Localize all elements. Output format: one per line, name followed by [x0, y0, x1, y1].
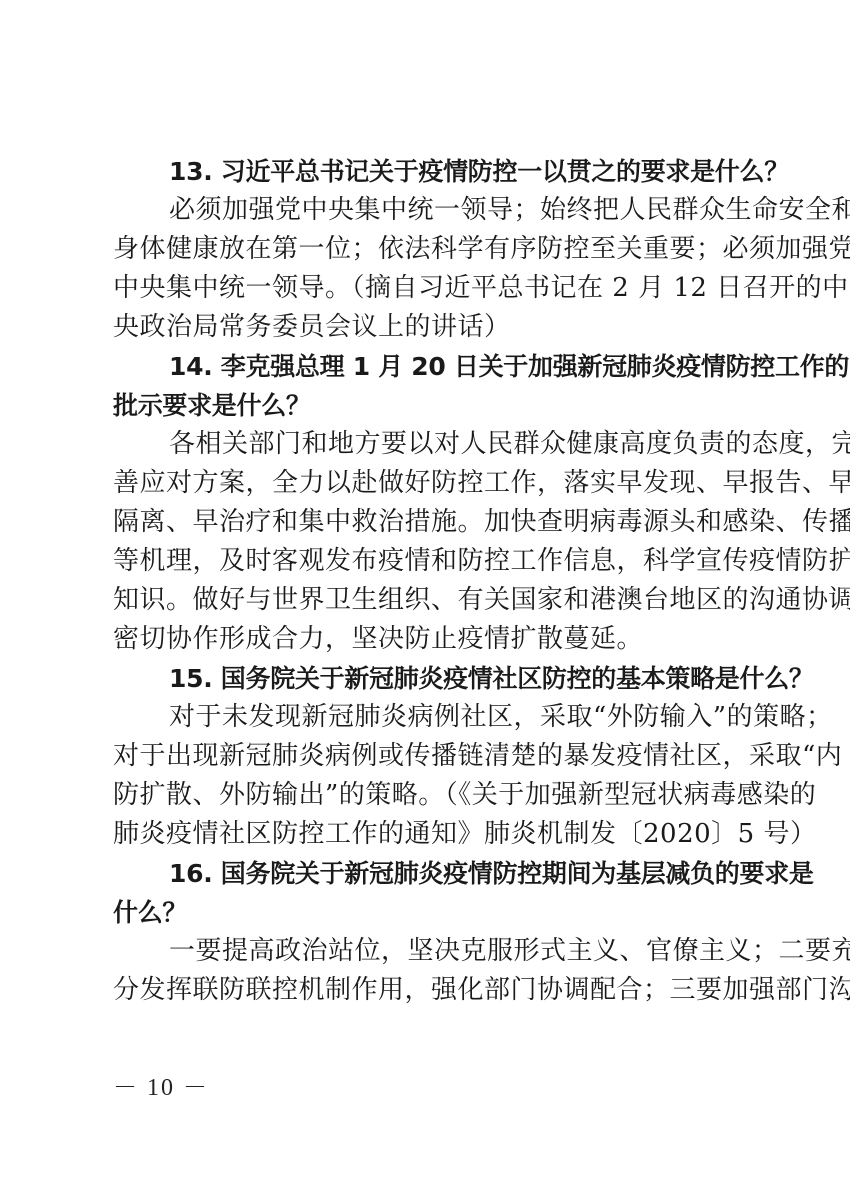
section-heading: 14. 李克强总理 1 月 20 日关于加强新冠肺炎疫情防控工作的	[113, 347, 747, 386]
section-heading: 16. 国务院关于新冠肺炎疫情防控期间为基层减负的要求是	[113, 854, 747, 893]
body-line: 肺炎疫情社区防控工作的通知》肺炎机制发〔2020〕5 号）	[113, 815, 747, 854]
section-15: 15. 国务院关于新冠肺炎疫情社区防控的基本策略是什么？ 对于未发现新冠肺炎病例…	[113, 659, 747, 854]
body-line: 对于未发现新冠肺炎病例社区，采取“外防输入”的策略；	[113, 698, 747, 737]
body-line: 分发挥联防联控机制作用，强化部门协调配合；三要加强部门沟	[113, 971, 747, 1010]
body-line: 密切协作形成合力，坚决防止疫情扩散蔓延。	[113, 620, 747, 659]
section-heading: 什么？	[113, 893, 747, 932]
body-line: 善应对方案，全力以赴做好防控工作，落实早发现、早报告、早	[113, 464, 747, 503]
section-16: 16. 国务院关于新冠肺炎疫情防控期间为基层减负的要求是 什么？ 一要提高政治站…	[113, 854, 747, 1010]
body-line: 等机理，及时客观发布疫情和防控工作信息，科学宣传疫情防护	[113, 542, 747, 581]
section-heading: 批示要求是什么？	[113, 386, 747, 425]
body-line: 中央集中统一领导。（摘自习近平总书记在 2 月 12 日召开的中	[113, 269, 747, 308]
body-line: 各相关部门和地方要以对人民群众健康高度负责的态度，完	[113, 425, 747, 464]
page-number: － 10 －	[113, 1067, 209, 1102]
body-line: 一要提高政治站位，坚决克服形式主义、官僚主义；二要充	[113, 932, 747, 971]
section-heading: 15. 国务院关于新冠肺炎疫情社区防控的基本策略是什么？	[113, 659, 747, 698]
body-line: 必须加强党中央集中统一领导；始终把人民群众生命安全和	[113, 191, 747, 230]
section-14: 14. 李克强总理 1 月 20 日关于加强新冠肺炎疫情防控工作的 批示要求是什…	[113, 347, 747, 659]
section-heading: 13. 习近平总书记关于疫情防控一以贯之的要求是什么？	[113, 152, 747, 191]
body-line: 对于出现新冠肺炎病例或传播链清楚的暴发疫情社区，采取“内	[113, 737, 747, 776]
body-line: 隔离、早治疗和集中救治措施。加快查明病毒源头和感染、传播	[113, 503, 747, 542]
body-line: 身体健康放在第一位；依法科学有序防控至关重要；必须加强党	[113, 230, 747, 269]
body-line: 知识。做好与世界卫生组织、有关国家和港澳台地区的沟通协调，	[113, 581, 747, 620]
document-page: 13. 习近平总书记关于疫情防控一以贯之的要求是什么？ 必须加强党中央集中统一领…	[113, 152, 747, 1010]
section-13: 13. 习近平总书记关于疫情防控一以贯之的要求是什么？ 必须加强党中央集中统一领…	[113, 152, 747, 347]
body-line: 防扩散、外防输出”的策略。（《关于加强新型冠状病毒感染的	[113, 776, 747, 815]
body-line: 央政治局常务委员会议上的讲话）	[113, 308, 747, 347]
